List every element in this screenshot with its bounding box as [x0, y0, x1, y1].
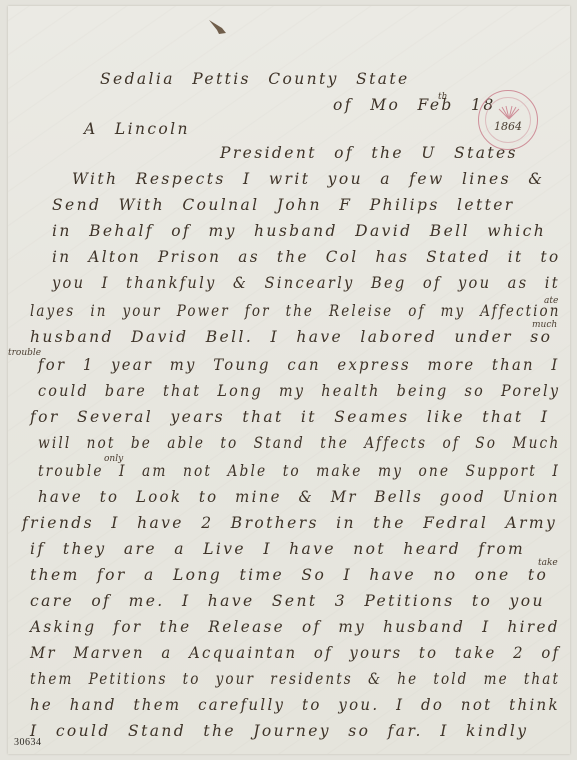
body-line: in Behalf of my husband David Bell which [52, 224, 546, 240]
body-line: care of me. I have Sent 3 Petitions to y… [30, 594, 545, 610]
body-line: them for a Long time So I have no one to [30, 568, 548, 584]
insertion-only: only [104, 454, 123, 464]
salutation-addressee: A Lincoln [84, 122, 190, 138]
body-line: if they are a Live I have not heard from [30, 542, 525, 558]
insertion-much: much [532, 320, 557, 330]
stamp-year: 1864 [494, 120, 522, 133]
body-line: Send With Coulnal John F Philips letter [52, 198, 515, 214]
body-line: Mr Marven a Acquaintan of yours to take … [30, 646, 560, 662]
body-line: for Several years that it Seames like th… [30, 410, 549, 426]
body-line: for 1 year my Toung can express more tha… [38, 358, 560, 374]
margin-insertion-trouble: trouble [8, 348, 41, 358]
body-line: have to Look to mine & Mr Bells good Uni… [38, 490, 560, 506]
body-line: Asking for the Release of my husband I h… [30, 620, 560, 636]
body-line: trouble I am not Able to make my one Sup… [38, 464, 560, 480]
body-line: husband David Bell. I have labored under… [30, 330, 552, 346]
heading-place-line-2: of Mo Feb 18 [333, 98, 496, 114]
salutation-title: President of the U States [220, 146, 518, 162]
body-line: you I thankfuly & Sincearly Beg of you a… [52, 276, 560, 292]
body-line: With Respects I writ you a few lines & [72, 172, 545, 188]
letter-page: Sedalia Pettis County State of Mo Feb 18… [8, 6, 570, 754]
body-line: in Alton Prison as the Col has Stated it… [52, 250, 560, 266]
body-line: friends I have 2 Brothers in the Fedral … [22, 516, 557, 532]
library-stamp: 1864 [478, 90, 538, 150]
date-superscript: th [438, 92, 447, 102]
body-line: will not be able to Stand the Affects of… [38, 436, 560, 452]
body-line: them Petitions to your residents & he to… [30, 672, 560, 688]
ink-blot-mark [208, 18, 230, 36]
heading-place-line-1: Sedalia Pettis County State [100, 72, 410, 88]
catalog-number: 30634 [14, 737, 42, 748]
body-line: I could Stand the Journey so far. I kind… [30, 724, 528, 740]
insertion-take: take [538, 558, 558, 568]
body-line: layes in your Power for the Releise of m… [30, 304, 560, 320]
insertion-ate: ate [544, 296, 558, 306]
body-line: he hand them carefully to you. I do not … [30, 698, 560, 714]
body-line: could bare that Long my health being so … [38, 384, 560, 400]
